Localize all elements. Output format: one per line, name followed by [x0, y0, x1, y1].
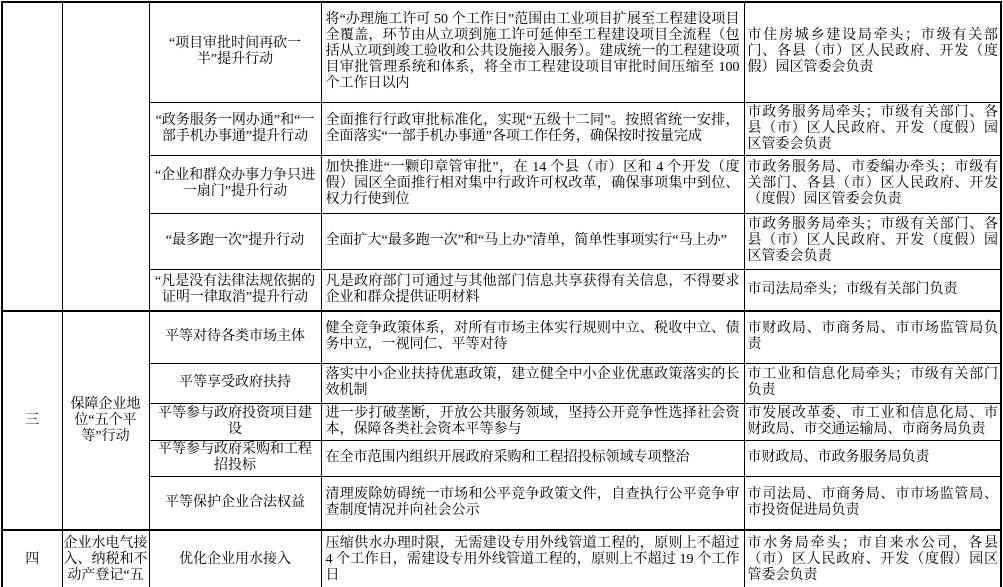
action-name-cell: “项目审批时间再砍一半”提升行动 [149, 2, 321, 102]
responsible-department-cell: 市财政局、市商务局、市市场监管局负责 [744, 311, 1001, 363]
table-row: “政务服务一网办通”和“一部手机办事通”提升行动 全面推行行政审批标准化，实现“… [2, 102, 1001, 155]
action-name-cell: 平等参与政府采购和工程招投标 [149, 440, 321, 476]
table-row: 平等参与政府投资项目建设 进一步打破垄断，开放公共服务领域，坚持公开竞争性选择社… [2, 403, 1001, 440]
responsible-department-cell: 市工业和信息化局牵头；市级有关部门负责 [744, 363, 1001, 403]
responsible-department-cell: 市发展改革委、市工业和信息化局、市财政局、市交通运输局、市商务局负责 [744, 403, 1001, 440]
measure-detail-cell: 健全竞争政策体系，对所有市场主体实行规则中立、税收中立、债务中立，一视同仁、平等… [321, 311, 744, 363]
action-name-cell: 平等享受政府扶持 [149, 363, 321, 403]
section-category-cell: 企业水电气接入、纳税和不动产登记“五 [62, 530, 149, 587]
measure-detail-cell: 全面扩大“最多跑一次”和“马上办”清单，简单性事项实行“马上办” [321, 213, 744, 269]
responsible-department-cell: 市司法局牵头；市级有关部门负责 [744, 269, 1001, 311]
measure-detail-cell: 清理废除妨碍统一市场和公平竞争政策文件，自查执行公平竞争审查制度情况并向社会公示 [321, 476, 744, 530]
table-row: “最多跑一次”提升行动 全面扩大“最多跑一次”和“马上办”清单，简单性事项实行“… [2, 213, 1001, 269]
table-row: 三 保障企业地位“五个平等”行动 平等对待各类市场主体 健全竞争政策体系，对所有… [2, 311, 1001, 363]
measure-detail-cell: 压缩供水办理时限，无需建设专用外线管道工程的，原则上不超过 4 个工作日，需建设… [321, 530, 744, 587]
action-name-cell: 平等对待各类市场主体 [149, 311, 321, 363]
responsible-department-cell: 市财政局、市政务服务局负责 [744, 440, 1001, 476]
measure-detail-cell: 全面推行行政审批标准化，实现“五级十二同”。按照省统一安排，全面落实“一部手机办… [321, 102, 744, 155]
action-name-cell: “最多跑一次”提升行动 [149, 213, 321, 269]
measure-detail-cell: 将“办理施工许可 50 个工作日”范围由工业项目扩展至工程建设项目全覆盖，环节由… [321, 2, 744, 102]
action-name-cell: 平等参与政府投资项目建设 [149, 403, 321, 440]
section-category-cell: 保障企业地位“五个平等”行动 [62, 311, 149, 530]
measure-detail-cell: 落实中小企业扶持优惠政策，建立健全中小企业优惠政策落实的长效机制 [321, 363, 744, 403]
action-name-cell: “企业和群众办事力争只进一扇门”提升行动 [149, 155, 321, 213]
responsible-department-cell: 市司法局、市商务局、市市场监管局、市投资促进局负责 [744, 476, 1001, 530]
section-number-cell: 三 [2, 311, 62, 530]
table-row: 平等参与政府采购和工程招投标 在全市范围内组织开展政府采购和工程招投标领域专项整… [2, 440, 1001, 476]
responsible-department-cell: 市政务服务局牵头；市级有关部门、各县（市）区人民政府、开发（度假）园区管委会负责 [744, 213, 1001, 269]
table-row: 四 企业水电气接入、纳税和不动产登记“五 优化企业用水接入 压缩供水办理时限，无… [2, 530, 1001, 587]
section-number-cell [2, 2, 62, 311]
responsible-department-cell: 市水务局牵头；市自来水公司，各县（市）区人民政府、开发（度假）园区管委会负责 [744, 530, 1001, 587]
table-row: “凡是没有法律法规依据的证明一律取消”提升行动 凡是政府部门可通过与其他部门信息… [2, 269, 1001, 311]
measure-detail-cell: 进一步打破垄断，开放公共服务领域，坚持公开竞争性选择社会资本，保障各类社会资本平… [321, 403, 744, 440]
measure-detail-cell: 凡是政府部门可通过与其他部门信息共享获得有关信息，不得要求企业和群众提供证明材料 [321, 269, 744, 311]
table-row: “项目审批时间再砍一半”提升行动 将“办理施工许可 50 个工作日”范围由工业项… [2, 2, 1001, 102]
document-page: “项目审批时间再砍一半”提升行动 将“办理施工许可 50 个工作日”范围由工业项… [0, 0, 1003, 587]
responsible-department-cell: 市政务服务局牵头；市级有关部门、各县（市）区人民政府、开发（度假）园区管委会负责 [744, 102, 1001, 155]
table-row: 平等保护企业合法权益 清理废除妨碍统一市场和公平竞争政策文件，自查执行公平竞争审… [2, 476, 1001, 530]
table-row: “企业和群众办事力争只进一扇门”提升行动 加快推进“一颗印章管审批”，在 14 … [2, 155, 1001, 213]
responsible-department-cell: 市政务服务局、市委编办牵头；市级有关部门、各县（市）区人民政府、开发（度假）园区… [744, 155, 1001, 213]
section-category-cell [62, 2, 149, 311]
action-name-cell: 优化企业用水接入 [149, 530, 321, 587]
action-name-cell: 平等保护企业合法权益 [149, 476, 321, 530]
table-row: 平等享受政府扶持 落实中小企业扶持优惠政策，建立健全中小企业优惠政策落实的长效机… [2, 363, 1001, 403]
measure-detail-cell: 在全市范围内组织开展政府采购和工程招投标领域专项整治 [321, 440, 744, 476]
section-number-cell: 四 [2, 530, 62, 587]
policy-measures-table: “项目审批时间再砍一半”提升行动 将“办理施工许可 50 个工作日”范围由工业项… [1, 1, 1002, 587]
measure-detail-cell: 加快推进“一颗印章管审批”，在 14 个县（市）区和 4 个开发（度假）园区全面… [321, 155, 744, 213]
action-name-cell: “政务服务一网办通”和“一部手机办事通”提升行动 [149, 102, 321, 155]
responsible-department-cell: 市住房城乡建设局牵头；市级有关部门、各县（市）区人民政府、开发（度假）园区管委会… [744, 2, 1001, 102]
action-name-cell: “凡是没有法律法规依据的证明一律取消”提升行动 [149, 269, 321, 311]
